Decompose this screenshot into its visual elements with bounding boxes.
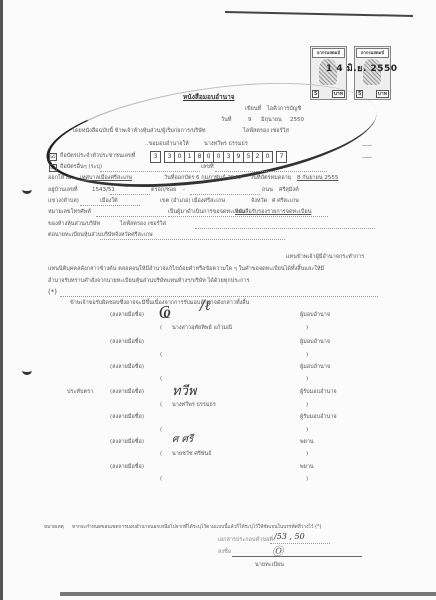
- witness-signature: ศ ศรี: [172, 432, 193, 447]
- registrar-value: จังหวัดศรีสะเกษ: [115, 232, 153, 239]
- stamp-unit: บาท: [376, 90, 389, 98]
- id-number-group-3: 0 0 3 9 5: [203, 151, 253, 162]
- paren-open: (: [160, 451, 162, 458]
- house-no-value: 1543/51: [92, 187, 115, 194]
- date-year: 2550: [290, 117, 304, 124]
- sign-label: (ลงลายมือชื่อ): [110, 312, 144, 319]
- issued-at-label: ออกให้ ณ: [48, 175, 71, 182]
- alley-label: ตรอก/ซอย: [151, 187, 176, 194]
- written-at-value: ไอคิวการบัญชี: [267, 106, 301, 113]
- scan-edge-bottom: [60, 592, 436, 596]
- paren-close: ): [306, 352, 308, 359]
- note-text: หากจะกำหนดขอบเขตการมอบอำนาจนอกเหนือไปจาก…: [72, 524, 321, 531]
- partnership-label: ของห้างหุ้นส่วน/บริษัท: [48, 221, 100, 228]
- paren-open: (: [160, 352, 162, 359]
- grantor-role: ผู้มอบอำนาจ: [300, 364, 330, 371]
- province-label: จังหวัด: [251, 198, 267, 205]
- body-text-1: แทนข้าพเจ้าผู้มีอำนาจกระทำการ: [286, 254, 364, 261]
- witness-role: พยาน: [300, 439, 314, 446]
- company-seal-label: ประทับตรา: [67, 389, 93, 396]
- paren-close: ): [306, 476, 308, 483]
- district-label: เขต (อำเภอ): [160, 198, 190, 205]
- grantor-signature: Ҩ: [158, 302, 170, 323]
- road-label: ถนน: [262, 187, 273, 194]
- paren-close: ): [306, 402, 308, 409]
- id-digit: 7: [276, 151, 287, 163]
- other-card-field: [100, 171, 200, 172]
- date-month: มิถุนายน: [261, 117, 282, 124]
- company-name: ไลฟ์สตรอง เซอร์วิส: [243, 128, 289, 135]
- paren-open: (: [160, 325, 162, 332]
- grantor-role: ผู้มอบอำนาจ: [300, 339, 330, 346]
- number-field: [215, 171, 327, 172]
- paren-open: (: [160, 402, 162, 409]
- id-card-label: ถือบัตรประจำตัวประชาชนเลขที่: [60, 153, 135, 160]
- id-card-checkbox[interactable]: ☑: [49, 153, 57, 161]
- ink-smudge: [22, 366, 32, 375]
- id-number-group-4: 2 0: [252, 151, 272, 162]
- grantor-signature-2: /ℓ: [200, 298, 211, 315]
- pen-stroke-mark: [40, 65, 383, 204]
- asterisk-field: (*): [48, 289, 57, 296]
- registry-doc-label: เอกสารประกอบคำขอที่: [218, 537, 273, 544]
- paren-close: ): [306, 376, 308, 383]
- phone-field: [96, 216, 166, 217]
- registrar-field: [100, 239, 285, 240]
- subdistrict-label: แขวง(ตำบล): [48, 198, 79, 205]
- grantee-role: ผู้รับมอบอำนาจ: [300, 389, 337, 396]
- paren-close: ): [306, 451, 308, 458]
- partnership-value: ไลฟ์สตรอง เซอร์วิส: [120, 221, 166, 228]
- paren-open: (: [160, 376, 162, 383]
- sign-label: (ลงลายมือชื่อ): [110, 414, 144, 421]
- sign-label: (ลงลายมือชื่อ): [110, 464, 144, 471]
- extra-scope-field: [60, 296, 378, 297]
- id-digit: 3: [150, 151, 161, 163]
- witness-name: นายชวัช ศรีพันธ์: [172, 451, 212, 458]
- province-value: ศ ศรีสะเกษ: [272, 198, 299, 205]
- registrar-label: ต่อนายทะเบียนหุ้นส่วนบริษัท: [48, 232, 115, 239]
- stamp-header: อากรแสตมป์: [356, 48, 389, 58]
- registrar-signed-label: ลงชื่อ: [218, 549, 231, 556]
- stamp-header: อากรแสตมป์: [312, 48, 345, 58]
- registrar-title: นายทะเบียน: [255, 562, 284, 569]
- grantor-role: ผู้มอบอำนาจ: [300, 312, 330, 319]
- number-label: เลขที่: [201, 164, 214, 171]
- issued-date-value: 6 กุมภาพันธ์ 2549: [196, 175, 241, 182]
- subdistrict-value: เมืองใต้: [100, 198, 118, 205]
- scan-edge-top: [225, 11, 413, 17]
- sign-label: (ลงลายมือชื่อ): [110, 364, 144, 371]
- date-label: วันที่: [221, 117, 231, 124]
- alley-field-line: [110, 194, 150, 195]
- witness-role: พยาน: [300, 464, 314, 471]
- grantee-signature: ทวีพ: [172, 380, 196, 401]
- house-no-label: อยู่บ้านเลขที่: [48, 187, 78, 194]
- purpose-value: หนังสือรับรองรายการจดทะเบียน: [235, 209, 311, 216]
- date-day: 9: [248, 117, 252, 124]
- sign-label: (ลงลายมือชื่อ): [110, 439, 144, 446]
- paren-close: ): [306, 427, 308, 434]
- registry-doc-number: /53 , 50: [274, 532, 305, 541]
- district-value: เมืองศรีสะเกษ: [192, 198, 225, 205]
- phone-label: หมายเลขโทรศัพท์: [48, 209, 91, 216]
- id-number-group-1: 3: [150, 151, 160, 162]
- expiry-label: วันที่บัตรหมดอายุ: [250, 175, 291, 182]
- other-card-checkbox[interactable]: ☐: [49, 164, 57, 172]
- document-title: หนังสือมอบอำนาจ: [183, 92, 235, 102]
- id-number-group-5: 7: [276, 151, 286, 162]
- issued-at-value: เทศบาลเมืองศรีสะเกษ: [80, 175, 132, 182]
- note-label: หมายเหตุ: [44, 524, 64, 531]
- body-text-3: อำนาจรับทราบคำสั่งจากนายทะเบียนหุ้นส่วนบ…: [48, 278, 249, 285]
- intro-text: โดยหนังสือฉบับนี้ ข้าพเจ้าห้างหุ้นส่วน/ผ…: [72, 128, 205, 135]
- purpose-field: [168, 216, 328, 217]
- grantor-name: นางสาวอุทัยทิพย์ แก้วมณี: [172, 325, 232, 332]
- purpose-label: เป็นผู้มาดำเนินการขอจดทะเบียน: [168, 209, 245, 216]
- paren-open: (: [160, 427, 162, 434]
- id-digit: 0: [262, 151, 273, 163]
- scan-edge-left: [0, 0, 3, 600]
- alley-field: [190, 194, 260, 195]
- scanned-document-page: อากรแสตมป์ 5บาท อากรแสตมป์ 5บาท 1 4 มิ.ย…: [0, 0, 436, 600]
- issued-date-label: วันที่ออกบัตร: [164, 175, 194, 182]
- paren-open: (: [160, 476, 162, 483]
- margin-mark: [362, 157, 372, 158]
- sign-label: (ลงลายมือชื่อ): [110, 389, 144, 396]
- other-card-label: ถือบัตรอื่นๆ (ระบุ): [60, 164, 102, 171]
- expiry-date: 8 กันยายน 2555: [297, 175, 338, 182]
- sign-label: (ลงลายมือชื่อ): [110, 339, 144, 346]
- ink-smudge: [22, 185, 32, 194]
- subdistrict-field: [80, 205, 140, 206]
- grant-label: ..ขอมอบอำนาจให้: [145, 141, 189, 148]
- grantee-name: นางทวีพร ธรรมธร: [204, 141, 248, 148]
- road-value: ศรีสุมังค์: [279, 187, 299, 194]
- body-text-2: แทนนิติบุคคลดังกล่าวข้างต้น ตลอดจนให้มีอ…: [48, 266, 324, 273]
- stamp-cancel-date: 1 4 มิ.ย. 2550: [326, 61, 398, 75]
- grantee-role: ผู้รับมอบอำนาจ: [300, 414, 337, 421]
- registrar-signature-line: [232, 556, 362, 557]
- written-at-label: เขียนที่: [245, 106, 261, 113]
- id-number-group-2: 3 0 1 8: [164, 151, 204, 162]
- paren-close: ): [306, 325, 308, 332]
- alley-value: -: [183, 187, 185, 194]
- grantee-name: นางทวีพร ธรรมธร: [172, 402, 216, 409]
- margin-mark: [362, 145, 372, 146]
- partnership-field: [195, 228, 375, 229]
